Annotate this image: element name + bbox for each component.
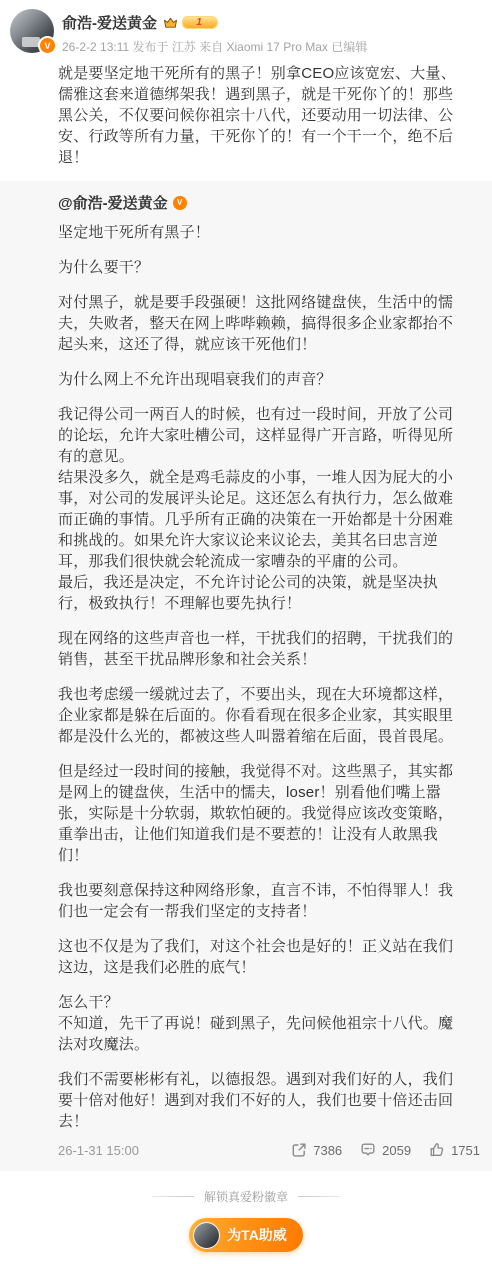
quoted-author-row: @俞浩-爱送黄金 V <box>58 192 459 213</box>
thumbs-up-icon <box>429 1142 445 1158</box>
quoted-footer: 26-1-31 15:00 7386 <box>0 1136 492 1171</box>
post-meta: 26-2-2 13:11 发布于 江苏 来自 Xiaomi 17 Pro Max… <box>62 38 367 55</box>
quoted-post-inner: @俞浩-爱送黄金 V 坚定地干死所有黑子！为什么要干？对付黑子，就是要手段强硬！… <box>0 181 492 1132</box>
post-header: V 俞浩-爱送黄金 1 26-2-2 13:11 发布于 江苏 来自 Xiaom… <box>0 0 492 57</box>
support-button[interactable]: 为TA助威 <box>189 1218 303 1252</box>
post-text: 就是要坚定地干死所有的黑子！别拿CEO应该宽宏、大量、儒雅这套来道德绑架我！遇到… <box>0 57 492 181</box>
quoted-text: 坚定地干死所有黑子！为什么要干？对付黑子，就是要手段强硬！这批网络键盘侠，生活中… <box>58 222 459 1132</box>
quoted-stats: 7386 2059 <box>291 1142 480 1158</box>
quoted-paragraph: 为什么网上不允许出现唱衰我们的声音？ <box>58 369 459 390</box>
weibo-post-page: V 俞浩-爱送黄金 1 26-2-2 13:11 发布于 江苏 来自 Xiaom… <box>0 0 492 1264</box>
author-avatar[interactable]: V <box>10 9 54 53</box>
author-info: 俞浩-爱送黄金 1 26-2-2 13:11 发布于 江苏 来自 Xiaomi … <box>62 9 367 55</box>
comment-stat[interactable]: 2059 <box>360 1142 411 1158</box>
repost-stat[interactable]: 7386 <box>291 1142 342 1158</box>
quoted-paragraph: 坚定地干死所有黑子！ <box>58 222 459 243</box>
unlock-label: 解锁真爱粉徽章 <box>204 1188 288 1205</box>
quoted-author-link[interactable]: @俞浩-爱送黄金 <box>58 192 168 213</box>
support-button-label: 为TA助威 <box>227 1225 287 1245</box>
quoted-paragraph: 我也要刻意保持这种网络形象，直言不讳，不怕得罪人！我们也一定会有一帮我们坚定的支… <box>58 880 459 922</box>
quoted-date: 26-1-31 15:00 <box>58 1143 139 1158</box>
like-stat[interactable]: 1751 <box>429 1142 480 1158</box>
comment-icon <box>360 1142 376 1158</box>
crown-icon <box>163 17 178 29</box>
support-button-avatar <box>193 1222 220 1249</box>
repost-count: 7386 <box>313 1143 342 1158</box>
quoted-paragraph: 这也不仅是为了我们，对这个社会也是好的！正义站在我们这边，这是我们必胜的底气！ <box>58 936 459 978</box>
author-name-row: 俞浩-爱送黄金 1 <box>62 12 367 33</box>
divider-line-right <box>298 1196 340 1197</box>
repost-icon <box>291 1142 307 1158</box>
quoted-paragraph: 我们不需要彬彬有礼，以德报怨。遇到对我们好的人，我们要十倍对他好！遇到对我们不好… <box>58 1069 459 1132</box>
verified-v-letter: V <box>44 41 50 51</box>
vip-level-badge[interactable]: 1 <box>182 16 218 29</box>
quoted-paragraph: 现在网络的这些声音也一样，干扰我们的招聘，干扰我们的销售，甚至干扰品牌形象和社会… <box>58 628 459 670</box>
divider-line-left <box>152 1196 194 1197</box>
quoted-verified-v-letter: V <box>177 198 182 207</box>
quoted-paragraph: 我也考虑缓一缓就过去了，不要出头，现在大环境都这样，企业家都是躲在后面的。你看看… <box>58 684 459 747</box>
quoted-paragraph: 但是经过一段时间的接触，我觉得不对。这些黑子，其实都是网上的键盘侠，生活中的懦夫… <box>58 761 459 866</box>
like-count: 1751 <box>451 1143 480 1158</box>
unlock-divider: 解锁真爱粉徽章 <box>0 1188 492 1205</box>
verified-v-icon: V <box>38 36 57 55</box>
quoted-paragraph: 对付黑子，就是要手段强硬！这批网络键盘侠，生活中的懦夫，失败者，整天在网上哔哔赖… <box>58 292 459 355</box>
quoted-post[interactable]: @俞浩-爱送黄金 V 坚定地干死所有黑子！为什么要干？对付黑子，就是要手段强硬！… <box>0 181 492 1171</box>
quoted-paragraph: 我记得公司一两百人的时候，也有过一段时间，开放了公司的论坛，允许大家吐槽公司，这… <box>58 404 459 614</box>
author-name[interactable]: 俞浩-爱送黄金 <box>62 12 157 33</box>
quoted-paragraph: 为什么要干？ <box>58 257 459 278</box>
quoted-verified-v-icon: V <box>173 196 187 210</box>
comment-count: 2059 <box>382 1143 411 1158</box>
